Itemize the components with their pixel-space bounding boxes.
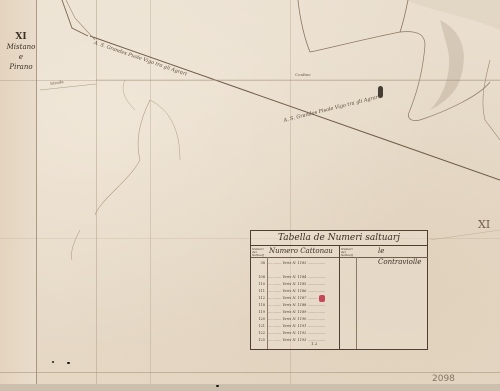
table-row: 111............ Veris N. 1186 ..........… [253,289,339,296]
table-row: 119............ Veris N. 1189 ..........… [253,310,339,317]
map-label: Confine [295,72,311,77]
ink-dot [216,385,219,387]
side-sheet-marking: XI [478,218,490,231]
table-footer-mark: 1.2 [311,341,317,346]
table-column-header: Numeri dei Saltuarj le Contraviolle [340,246,428,258]
table-row: 125............ Veris N. 1193 ..........… [253,338,339,345]
table-divider [356,257,357,349]
ink-dot [67,362,70,364]
sheet-name-line1: Mistano [6,42,36,52]
sheet-title-block: XI Mistano e Pirano [6,32,36,72]
table-column-header: Numeri dei Saltuarj Numero Cattonau [251,246,339,258]
red-seal-mark [319,295,325,302]
parcel-outline [400,32,490,121]
parcel-outline [298,0,408,52]
saltuari-table: Tabella de Numeri saltuarj Numeri dei Sa… [250,230,428,350]
sheet-name-line2: e [6,52,36,62]
table-row: 108............ Veris N. 1184 ..........… [253,275,339,282]
table-row: 120............ Veris N. 1190 ..........… [253,317,339,324]
table-row: 110............ Veris N. 1185 ..........… [253,282,339,289]
table-divider [339,245,340,349]
table-title: Tabella de Numeri saltuarj [251,231,427,246]
table-row: 118............ Veris N. 1188 ..........… [253,303,339,310]
ink-blot [378,86,383,98]
table-row: 122............ Veris N. 1192 ..........… [253,331,339,338]
sheet-name-line3: Pirano [6,62,36,72]
table-row: 112............ Veris N. 1187 ..........… [253,296,339,303]
catalog-number: 2098 [432,374,455,384]
diagonal-boundary-line [90,36,500,180]
map-sheet: XI Mistano e Pirano A. S. Grandes Puole … [0,0,500,391]
table-row [253,268,339,275]
ink-dot [52,361,54,363]
table-row: 38............ Veris N. 1183 ...........… [253,261,339,268]
sheet-number: XI [6,32,36,42]
table-entries: 38............ Veris N. 1183 ...........… [253,261,339,345]
table-row: 121............ Veris N. 1191 ..........… [253,324,339,331]
